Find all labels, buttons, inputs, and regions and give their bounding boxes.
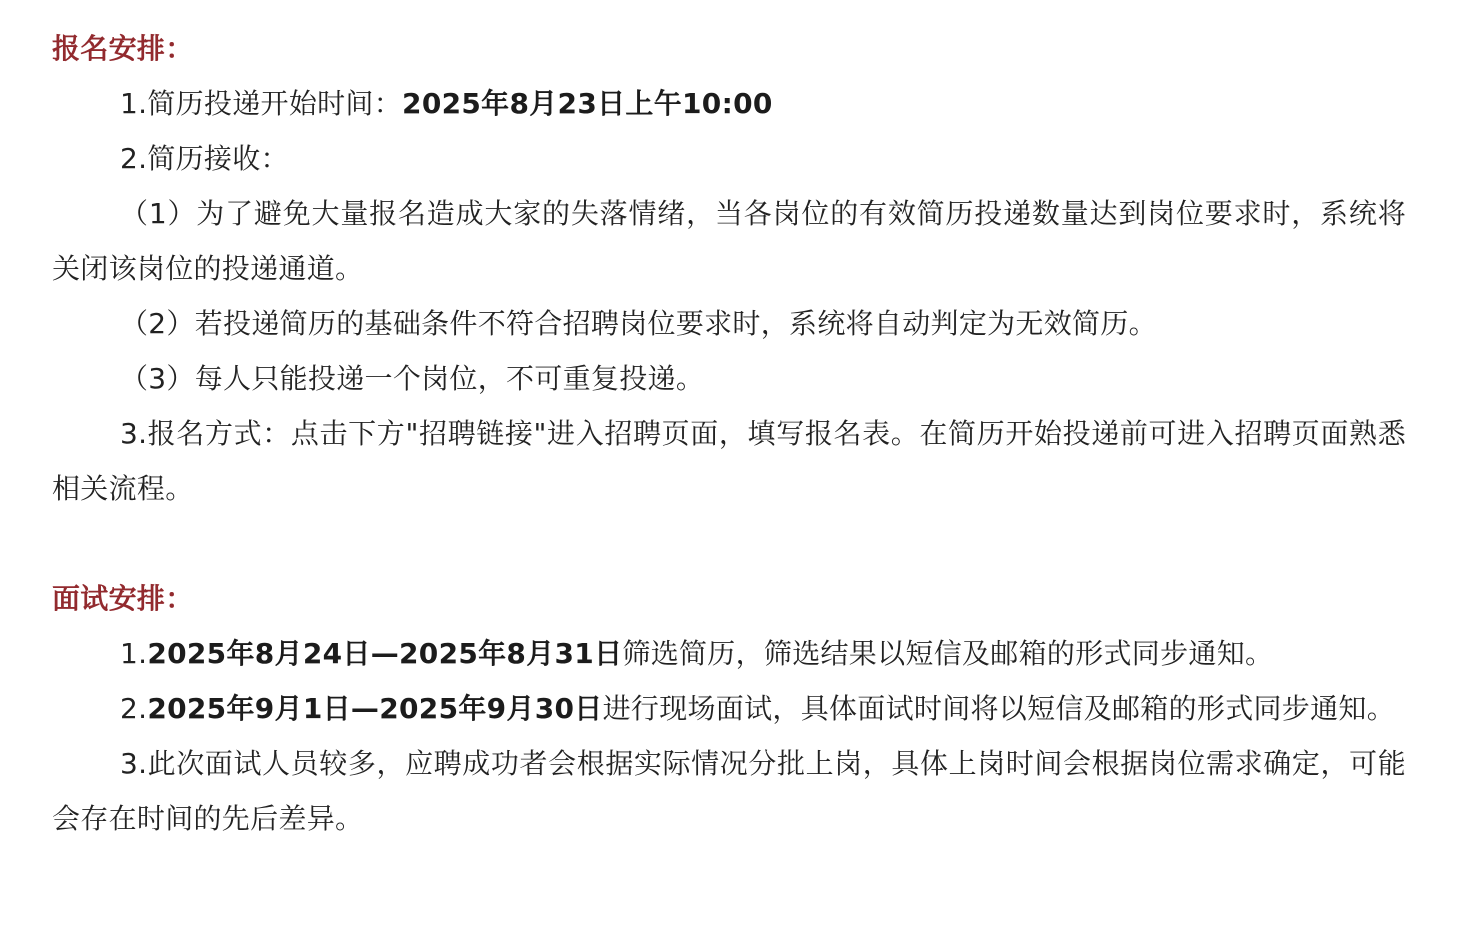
registration-section: 报名安排： 1.简历投递开始时间：2025年8月23日上午10:00 2.简历接… xyxy=(52,21,1406,516)
screening-description: 筛选简历，筛选结果以短信及邮箱的形式同步通知。 xyxy=(622,637,1273,670)
interview-description: 进行现场面试，具体面试时间将以短信及邮箱的形式同步通知。 xyxy=(603,692,1395,725)
resume-start-time-label: 1.简历投递开始时间： xyxy=(120,87,402,120)
registration-heading: 报名安排： xyxy=(52,21,1406,76)
resume-receipt-label: 2.简历接收： xyxy=(52,131,1406,186)
interview-date-range: 2025年9月1日—2025年9月30日 xyxy=(147,692,602,725)
screening-schedule: 1.2025年8月24日—2025年8月31日筛选简历，筛选结果以短信及邮箱的形… xyxy=(52,626,1406,681)
interview-heading: 面试安排： xyxy=(52,571,1406,626)
resume-rule-1: （1）为了避免大量报名造成大家的失落情绪，当各岗位的有效简历投递数量达到岗位要求… xyxy=(52,186,1406,296)
resume-rule-3: （3）每人只能投递一个岗位，不可重复投递。 xyxy=(52,351,1406,406)
onboarding-note: 3.此次面试人员较多，应聘成功者会根据实际情况分批上岗，具体上岗时间会根据岗位需… xyxy=(52,736,1406,846)
interview-section: 面试安排： 1.2025年8月24日—2025年8月31日筛选简历，筛选结果以短… xyxy=(52,571,1406,846)
registration-method: 3.报名方式：点击下方"招聘链接"进入招聘页面，填写报名表。在简历开始投递前可进… xyxy=(52,406,1406,516)
interview-number: 2. xyxy=(120,692,147,725)
interview-schedule: 2.2025年9月1日—2025年9月30日进行现场面试，具体面试时间将以短信及… xyxy=(52,681,1406,736)
resume-start-time: 1.简历投递开始时间：2025年8月23日上午10:00 xyxy=(52,76,1406,131)
resume-rule-2: （2）若投递简历的基础条件不符合招聘岗位要求时，系统将自动判定为无效简历。 xyxy=(52,296,1406,351)
screening-number: 1. xyxy=(120,637,147,670)
document-body: 报名安排： 1.简历投递开始时间：2025年8月23日上午10:00 2.简历接… xyxy=(52,21,1406,846)
resume-start-time-value: 2025年8月23日上午10:00 xyxy=(402,87,773,120)
section-spacer xyxy=(52,516,1406,571)
screening-date-range: 2025年8月24日—2025年8月31日 xyxy=(147,637,622,670)
